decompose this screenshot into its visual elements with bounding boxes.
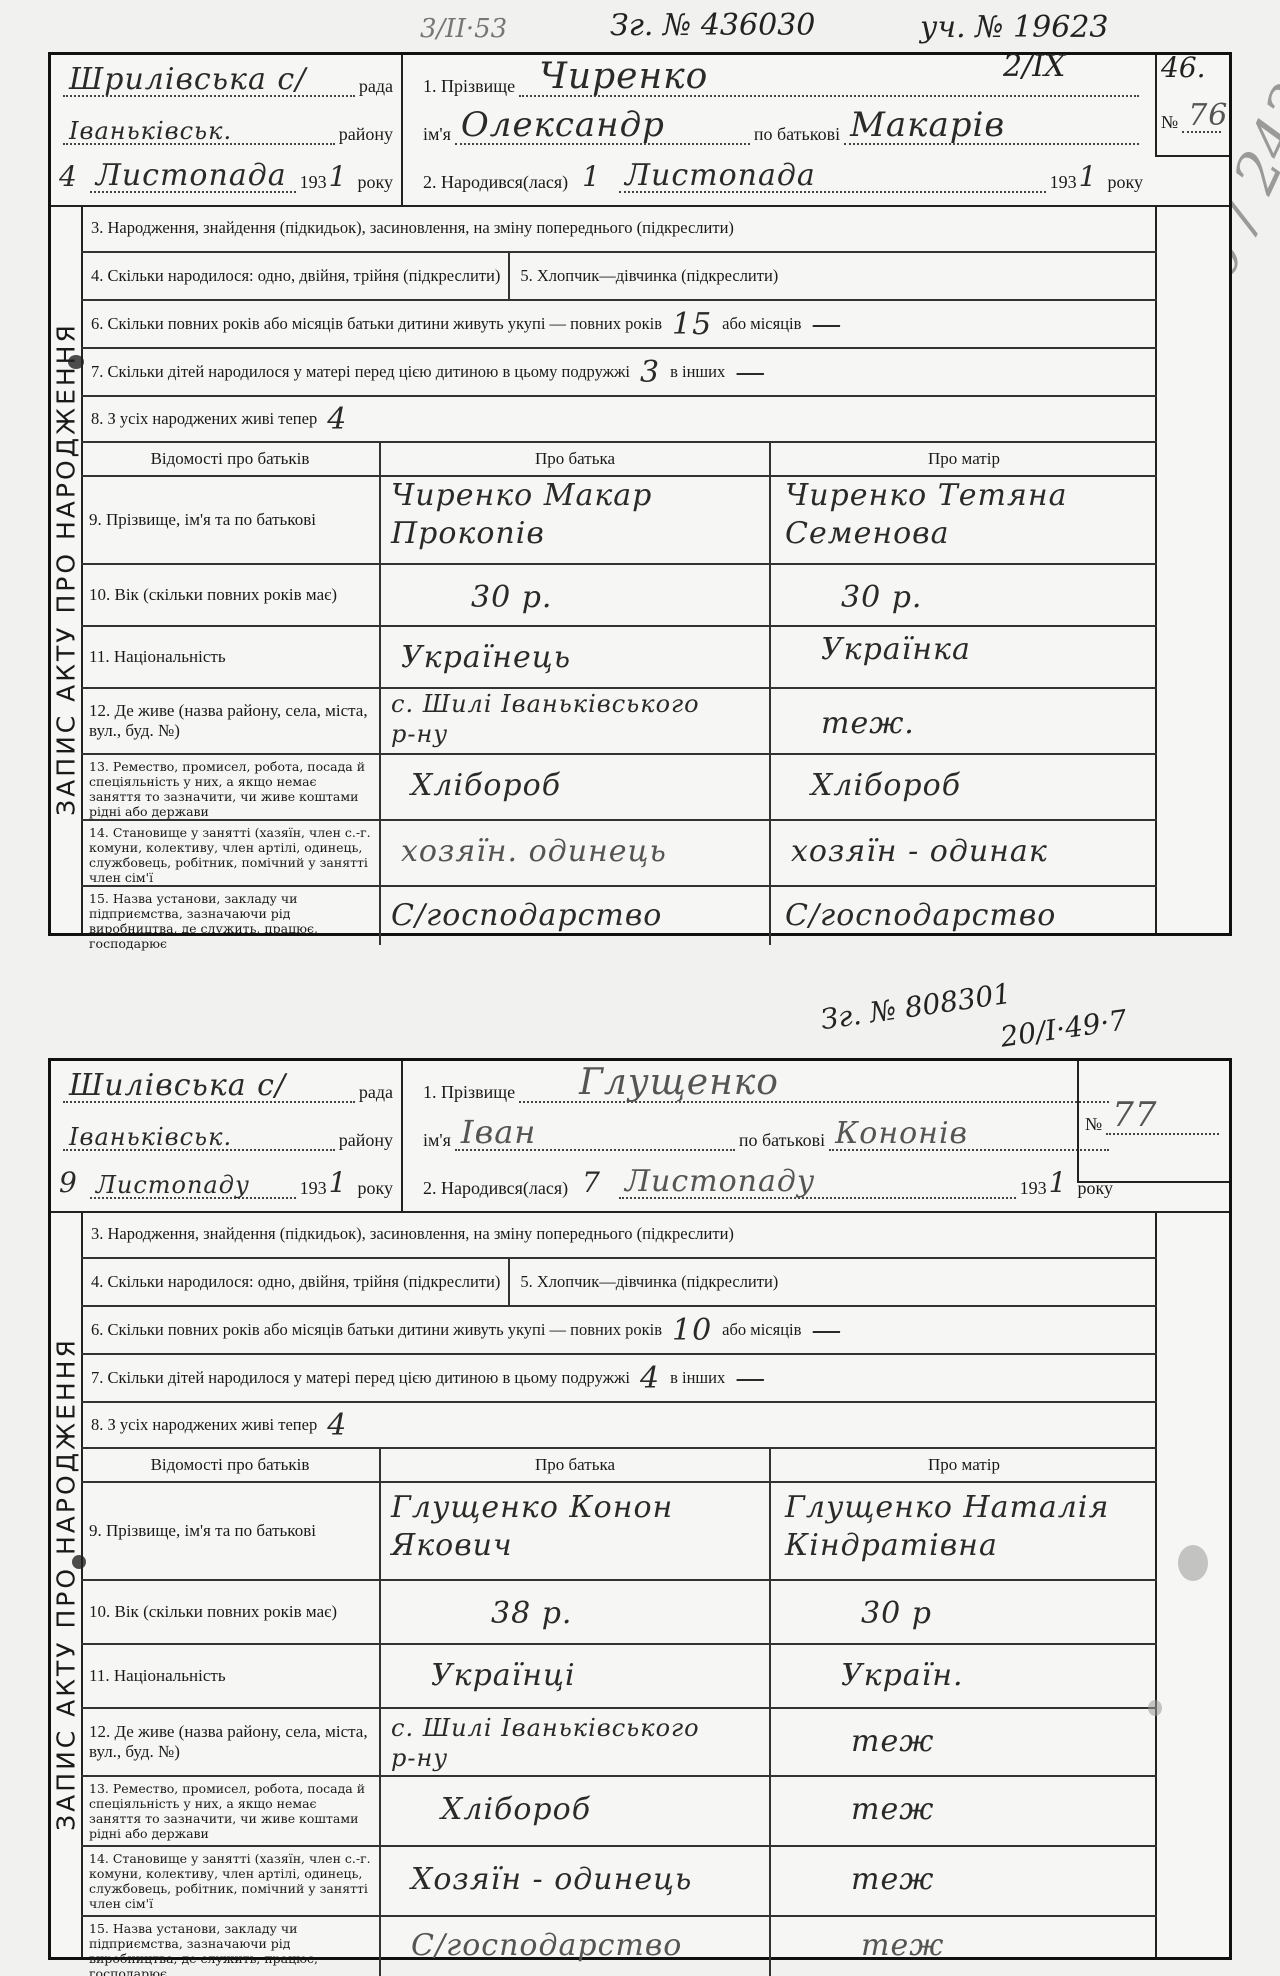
- question-8: 8. З усіх народжених живі тепер 4: [81, 1403, 1157, 1449]
- mother-status: теж: [851, 1847, 1143, 1899]
- side-label: ЗАПИС АКТУ ПРО НАРОДЖЕННЯ: [52, 322, 81, 816]
- father-residence: с. Шилі Іваньківського р-ну: [391, 689, 731, 749]
- surname-value: Глущенко: [579, 1062, 779, 1103]
- child-identity-block: 1. Прізвище Чиренко ім'я Олександр по ба…: [403, 55, 1163, 205]
- annotation-date: 20/І·49·7: [998, 1003, 1129, 1053]
- birth-month-value: Листопаду: [625, 1164, 815, 1199]
- q8-alive-value: 4: [327, 402, 347, 437]
- side-label: ЗАПИС АКТУ ПРО НАРОДЖЕННЯ: [52, 1337, 81, 1831]
- parents-table: Відомості про батьків Про батька Про мат…: [81, 443, 1157, 933]
- annotation-record-number: Зг. № 436030: [610, 8, 815, 43]
- reg-year-value: 1: [329, 1166, 348, 1199]
- mother-name: Глущенко Наталія Кіндратівна: [785, 1483, 1115, 1565]
- council-value: Шилівська с/: [69, 1068, 286, 1103]
- form-body: 3. Народження, знайдення (підкидьок), за…: [81, 1211, 1229, 1957]
- q6-months-value: —: [811, 1313, 842, 1348]
- birth-record-form-1: Шрилівська с/ рада Іваньківськ. району 4…: [48, 52, 1232, 936]
- father-workplace: С/господарство: [391, 887, 759, 935]
- stain: [1178, 1545, 1208, 1581]
- district-label: району: [339, 1130, 393, 1151]
- q7-other-label: в інших: [670, 1368, 725, 1388]
- father-nationality: Українець: [401, 627, 759, 677]
- year-prefix: 193: [1020, 1178, 1047, 1199]
- council-value: Шрилівська с/: [69, 62, 306, 97]
- annotation-record-number: Зг. № 808301: [819, 977, 1013, 1036]
- row-label: 15. Назва установи, закладу чи підприємс…: [81, 887, 381, 945]
- council-label: рада: [359, 76, 393, 97]
- mother-workplace: С/господарство: [785, 887, 1143, 935]
- surname-label: 1. Прізвище: [423, 1082, 515, 1103]
- q7-other-value: —: [735, 1361, 766, 1396]
- form-header: Шилівська с/ рада Іваньківськ. району 9 …: [51, 1061, 1229, 1213]
- name-label: ім'я: [423, 1130, 451, 1151]
- mother-name: Чиренко Тетяна Семенова: [785, 477, 1105, 553]
- right-margin-column: [1155, 1211, 1229, 1957]
- form-body: 3. Народження, знайдення (підкидьок), за…: [81, 205, 1229, 933]
- row-label: 10. Вік (скільки повних років має): [81, 565, 381, 625]
- question-4-5: 4. Скільки народилося: одно, двійня, трі…: [81, 1259, 1157, 1307]
- year-prefix: 193: [300, 1178, 327, 1199]
- mother-status: хозяїн - одинак: [791, 821, 1143, 871]
- row-label: 11. Національність: [81, 1645, 381, 1707]
- ink-stain: [72, 1555, 86, 1569]
- table-row: 9. Прізвище, ім'я та по батькові Чиренко…: [81, 477, 1157, 565]
- q5-label: 5. Хлопчик—дівчинка (підкреслити): [510, 266, 778, 286]
- stain: [1148, 1700, 1162, 1716]
- question-3: 3. Народження, знайдення (підкидьок), за…: [81, 205, 1157, 253]
- table-row: 11. Національність Українець Українка: [81, 627, 1157, 689]
- q6-months-value: —: [811, 307, 842, 342]
- reg-month-value: Листопада: [96, 158, 287, 193]
- table-header: Відомості про батьків: [81, 1449, 381, 1481]
- council-label: рада: [359, 1082, 393, 1103]
- q7-other-value: —: [735, 355, 766, 390]
- father-occupation: Хлібороб: [411, 755, 759, 805]
- table-row: 14. Становище у занятті (хазяїн, член с.…: [81, 821, 1157, 887]
- birth-month-value: Листопада: [625, 158, 816, 193]
- annotation-issue-number: уч. № 19623: [920, 10, 1109, 45]
- table-row: 15. Назва установи, закладу чи підприємс…: [81, 1917, 1157, 1976]
- father-name: Чиренко Макар Прокопів: [391, 477, 731, 553]
- father-name: Глущенко Конон Якович: [391, 1483, 731, 1565]
- table-row: 12. Де живе (назва району, села, міста, …: [81, 689, 1157, 755]
- birth-year-value: 1: [1049, 1166, 1068, 1199]
- record-number-value: 77: [1112, 1095, 1157, 1135]
- born-label: 2. Народився(лася): [423, 172, 568, 193]
- year-suffix: року: [1108, 172, 1144, 193]
- q7-label: 7. Скільки дітей народилося у матері пер…: [91, 362, 630, 382]
- father-age: 30 р.: [471, 565, 759, 617]
- q8-alive-value: 4: [327, 1408, 347, 1443]
- district-label: району: [339, 124, 393, 145]
- q6-months-label: або місяців: [722, 1320, 801, 1340]
- year-prefix: 193: [300, 172, 327, 193]
- table-row: 10. Вік (скільки повних років має) 38 р.…: [81, 1581, 1157, 1645]
- number-label: №: [1161, 112, 1178, 133]
- table-row: 13. Ремество, промисел, робота, посада й…: [81, 1777, 1157, 1847]
- row-label: 15. Назва установи, закладу чи підприємс…: [81, 1917, 381, 1976]
- table-header-row: Відомості про батьків Про батька Про мат…: [81, 1449, 1157, 1483]
- question-6: 6. Скільки повних років або місяців бать…: [81, 1307, 1157, 1355]
- mother-age: 30 р.: [841, 565, 1143, 617]
- row-label: 12. Де живе (назва району, села, міста, …: [81, 1709, 381, 1775]
- mother-residence: теж.: [821, 689, 1143, 743]
- birth-record-form-2: Шилівська с/ рада Іваньківськ. району 9 …: [48, 1058, 1232, 1960]
- father-occupation: Хлібороб: [441, 1777, 759, 1829]
- q7-this-value: 3: [640, 355, 660, 390]
- table-row: 14. Становище у занятті (хазяїн, член с.…: [81, 1847, 1157, 1917]
- table-header: Про батька: [381, 443, 771, 475]
- q7-other-label: в інших: [670, 362, 725, 382]
- row-label: 12. Де живе (назва району, села, міста, …: [81, 689, 381, 753]
- annotation-date: 2/ІХ: [1003, 49, 1065, 84]
- row-label: 9. Прізвище, ім'я та по батькові: [81, 1483, 381, 1579]
- q3-label: 3. Народження, знайдення (підкидьок), за…: [91, 218, 734, 238]
- mother-occupation: Хлібороб: [811, 755, 1143, 805]
- district-value: Іваньківськ.: [69, 1123, 232, 1151]
- patronymic-label: по батькові: [754, 124, 840, 145]
- ink-stain: [68, 355, 84, 369]
- q3-label: 3. Народження, знайдення (підкидьок), за…: [91, 1224, 734, 1244]
- name-value: Олександр: [461, 105, 665, 145]
- name-value: Іван: [461, 1113, 536, 1151]
- number-label: №: [1085, 1114, 1102, 1135]
- row-label: 9. Прізвище, ім'я та по батькові: [81, 477, 381, 563]
- q7-this-value: 4: [640, 1361, 660, 1396]
- annotation-date-stamp: 3/ІІ·53: [420, 14, 507, 44]
- father-status: Хозяїн - одинець: [411, 1847, 759, 1899]
- question-7: 7. Скільки дітей народилося у матері пер…: [81, 1355, 1157, 1403]
- q6-years-value: 15: [672, 307, 712, 342]
- form-header: Шрилівська с/ рада Іваньківськ. району 4…: [51, 55, 1229, 207]
- q8-label: 8. З усіх народжених живі тепер: [91, 1415, 317, 1435]
- mother-occupation: теж: [851, 1777, 1143, 1829]
- registration-place-block: Шилівська с/ рада Іваньківськ. району 9 …: [51, 1061, 403, 1211]
- year-suffix: року: [358, 1178, 394, 1199]
- mother-nationality: Українка: [821, 627, 1143, 669]
- row-label: 11. Національність: [81, 627, 381, 687]
- table-row: 11. Національність Українці Україн.: [81, 1645, 1157, 1709]
- surname-label: 1. Прізвище: [423, 76, 515, 97]
- table-header: Відомості про батьків: [81, 443, 381, 475]
- father-workplace: С/господарство: [411, 1917, 759, 1965]
- q6-label: 6. Скільки повних років або місяців бать…: [91, 314, 662, 334]
- table-header: Про матір: [771, 443, 1157, 475]
- question-3: 3. Народження, знайдення (підкидьок), за…: [81, 1211, 1157, 1259]
- q4-label: 4. Скільки народилося: одно, двійня, трі…: [91, 1259, 510, 1305]
- patronymic-label: по батькові: [739, 1130, 825, 1151]
- row-label: 13. Ремество, промисел, робота, посада й…: [81, 1777, 381, 1845]
- annotation-number-note: 46.: [1161, 51, 1206, 84]
- q7-label: 7. Скільки дітей народилося у матері пер…: [91, 1368, 630, 1388]
- q4-label: 4. Скільки народилося: одно, двійня, трі…: [91, 253, 510, 299]
- table-header-row: Відомості про батьків Про батька Про мат…: [81, 443, 1157, 477]
- child-identity-block: 1. Прізвище Глущенко ім'я Іван по батько…: [403, 1061, 1163, 1211]
- table-row: 10. Вік (скільки повних років має) 30 р.…: [81, 565, 1157, 627]
- table-row: 15. Назва установи, закладу чи підприємс…: [81, 887, 1157, 945]
- year-prefix: 193: [1050, 172, 1077, 193]
- surname-value: Чиренко: [539, 56, 708, 97]
- district-value: Іваньківськ.: [69, 117, 232, 145]
- reg-year-value: 1: [329, 160, 348, 193]
- q8-label: 8. З усіх народжених живі тепер: [91, 409, 317, 429]
- mother-age: 30 р: [861, 1581, 1143, 1633]
- birth-year-value: 1: [1079, 160, 1098, 193]
- record-number-box: 46. № 76: [1155, 55, 1229, 157]
- mother-workplace: теж: [861, 1917, 1143, 1965]
- reg-day-value: 4: [59, 160, 78, 193]
- mother-nationality: Україн.: [841, 1645, 1143, 1695]
- father-nationality: Українці: [431, 1645, 759, 1695]
- table-row: 13. Ремество, промисел, робота, посада й…: [81, 755, 1157, 821]
- patronymic-value: Кононів: [835, 1116, 968, 1151]
- name-label: ім'я: [423, 124, 451, 145]
- father-age: 38 р.: [491, 1581, 759, 1633]
- reg-month-value: Листопаду: [96, 1171, 250, 1199]
- q6-months-label: або місяців: [722, 314, 801, 334]
- registration-place-block: Шрилівська с/ рада Іваньківськ. району 4…: [51, 55, 403, 205]
- birth-day-value: 1: [582, 160, 601, 193]
- father-status: хозяїн. одинець: [401, 821, 759, 871]
- birth-day-value: 7: [582, 1166, 601, 1199]
- question-4-5: 4. Скільки народилося: одно, двійня, трі…: [81, 253, 1157, 301]
- q6-years-value: 10: [672, 1313, 712, 1348]
- table-row: 12. Де живе (назва району, села, міста, …: [81, 1709, 1157, 1777]
- question-8: 8. З усіх народжених живі тепер 4: [81, 397, 1157, 443]
- side-label-column: ЗАПИС АКТУ ПРО НАРОДЖЕННЯ: [51, 1211, 83, 1957]
- table-header: Про матір: [771, 1449, 1157, 1481]
- row-label: 14. Становище у занятті (хазяїн, член с.…: [81, 821, 381, 885]
- question-7: 7. Скільки дітей народилося у матері пер…: [81, 349, 1157, 397]
- record-number-box: № 77: [1077, 1061, 1229, 1183]
- father-residence: с. Шилі Іваньківського р-ну: [391, 1709, 731, 1773]
- row-label: 13. Ремество, промисел, робота, посада й…: [81, 755, 381, 819]
- row-label: 14. Становище у занятті (хазяїн, член с.…: [81, 1847, 381, 1915]
- side-label-column: ЗАПИС АКТУ ПРО НАРОДЖЕННЯ: [51, 205, 83, 933]
- year-suffix: року: [358, 172, 394, 193]
- patronymic-value: Макарів: [850, 105, 1005, 145]
- question-6: 6. Скільки повних років або місяців бать…: [81, 301, 1157, 349]
- born-label: 2. Народився(лася): [423, 1178, 568, 1199]
- q6-label: 6. Скільки повних років або місяців бать…: [91, 1320, 662, 1340]
- q5-label: 5. Хлопчик—дівчинка (підкреслити): [510, 1272, 778, 1292]
- row-label: 10. Вік (скільки повних років має): [81, 1581, 381, 1643]
- table-row: 9. Прізвище, ім'я та по батькові Глущенк…: [81, 1483, 1157, 1581]
- table-header: Про батька: [381, 1449, 771, 1481]
- reg-day-value: 9: [59, 1166, 78, 1199]
- right-margin-column: [1155, 205, 1229, 933]
- parents-table: Відомості про батьків Про батька Про мат…: [81, 1449, 1157, 1957]
- mother-residence: теж: [851, 1709, 1143, 1761]
- record-number-value: 76: [1188, 98, 1228, 133]
